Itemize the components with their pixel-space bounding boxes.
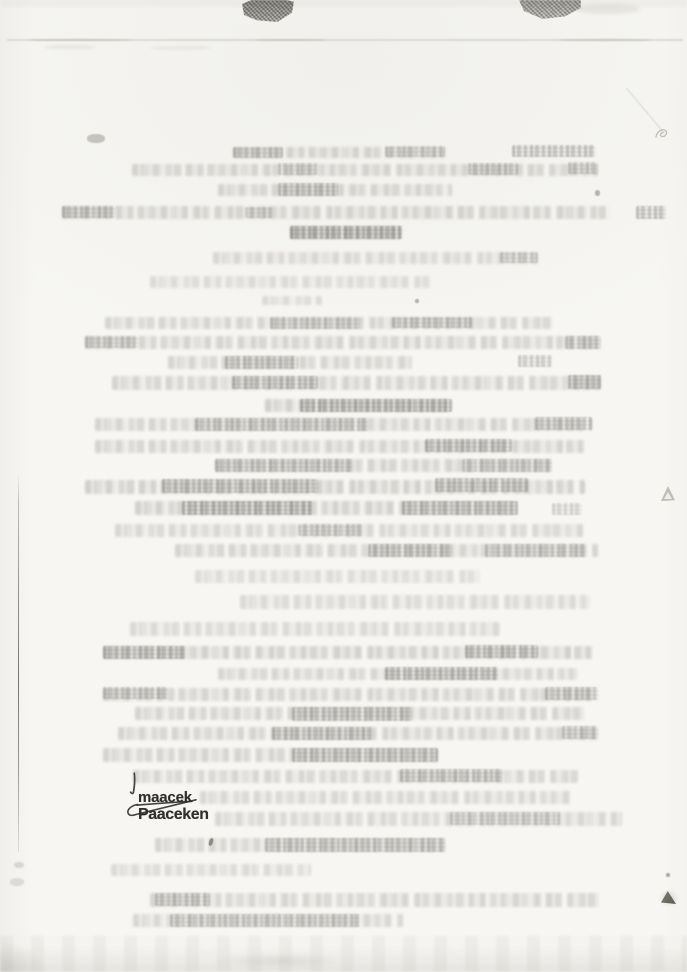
bleedthrough-text-cluster (292, 707, 412, 721)
bleedthrough-text-cluster (162, 479, 318, 493)
bleedthrough-text-cluster (103, 687, 168, 699)
bleedthrough-text-line (240, 595, 590, 609)
bleedthrough-text-cluster (450, 812, 560, 825)
ink-smudge-tail (576, 4, 640, 14)
bleedthrough-text-cluster (462, 459, 552, 472)
bleedthrough-text-line (111, 864, 311, 876)
bleedthrough-text-line (150, 276, 430, 288)
ink-smudge-top-left (242, 0, 294, 22)
squiggle-mark-icon (654, 127, 670, 141)
ink-smudge-top-right (519, 0, 581, 19)
paper-speck (45, 45, 95, 49)
bleedthrough-text-cluster (385, 146, 445, 157)
paper-speck (150, 46, 210, 50)
scanned-document-page: maacek Paaceken (0, 0, 687, 972)
paper-speck (30, 39, 130, 41)
handwritten-word-1: maacek (138, 790, 192, 805)
bleedthrough-text-cluster (500, 252, 538, 263)
paper-speck (415, 299, 419, 303)
bleedthrough-text-line (103, 688, 598, 701)
bleedthrough-text-cluster (518, 355, 552, 367)
bleedthrough-text-cluster (232, 376, 318, 389)
bleedthrough-text-cluster (245, 207, 272, 218)
paper-speck (560, 39, 650, 41)
bleedthrough-text-cluster (568, 162, 598, 174)
bleedthrough-text-cluster (265, 838, 445, 852)
bleedthrough-text-cluster (565, 336, 601, 349)
bleedthrough-text-line (215, 812, 622, 826)
bleedthrough-text-cluster (465, 645, 538, 658)
bleedthrough-text-cluster (402, 501, 518, 515)
paper-speck (666, 873, 670, 877)
bleedthrough-text-cluster (155, 893, 210, 906)
handwritten-word-2: Paaceken (138, 806, 209, 823)
bleedthrough-text-cluster (485, 544, 585, 557)
pen-tick-stroke (131, 773, 135, 793)
bottom-left-corner-shadow (0, 928, 84, 972)
bleedthrough-text-cluster (636, 206, 666, 219)
bleedthrough-text-line (62, 206, 610, 219)
bleedthrough-text-line (213, 252, 538, 264)
bleedthrough-text-cluster (85, 336, 138, 348)
paper-speck (255, 39, 325, 41)
bleedthrough-text-cluster (552, 503, 582, 515)
bleedthrough-text-cluster (270, 317, 360, 329)
bleedthrough-text-cluster (468, 163, 518, 175)
bleedthrough-text-line (150, 893, 600, 907)
bleedthrough-text-cluster (195, 418, 368, 431)
paper-speck (14, 862, 24, 868)
bleedthrough-text-cluster (300, 399, 452, 412)
bleedthrough-text-line (112, 376, 601, 390)
paper-speck (595, 190, 600, 196)
bleedthrough-text-cluster (272, 727, 372, 740)
bleedthrough-text-cluster (512, 145, 595, 157)
bleedthrough-text-cluster (400, 769, 502, 782)
bleedthrough-text-cluster (233, 147, 283, 158)
paper-speck (87, 134, 105, 143)
bleedthrough-text-cluster (182, 501, 312, 515)
bleedthrough-text-line (85, 336, 601, 349)
bleedthrough-text-cluster (278, 183, 338, 196)
bleedthrough-text-cluster (545, 687, 598, 700)
bleedthrough-text-line (195, 570, 480, 583)
pencil-line-left-margin (18, 473, 19, 852)
bleedthrough-text-line (262, 296, 322, 305)
bleedthrough-text-cluster (62, 206, 115, 218)
bleedthrough-text-cluster (435, 478, 528, 492)
bleedthrough-text-line (130, 622, 500, 636)
bleedthrough-text-cluster (278, 163, 318, 175)
bleedthrough-text-cluster (535, 417, 592, 430)
bleedthrough-text-cluster (562, 726, 598, 739)
bleedthrough-text-cluster (215, 459, 352, 472)
bleedthrough-text-cluster (225, 356, 298, 369)
bleedthrough-text-cluster (425, 439, 512, 452)
bleedthrough-text-cluster (103, 646, 185, 659)
bleedthrough-text-cluster (290, 226, 402, 239)
bleedthrough-text-line (200, 791, 570, 804)
bleedthrough-text-cluster (292, 748, 438, 762)
bleedthrough-text-cluster (298, 524, 362, 536)
bottom-center-shadow (190, 950, 370, 972)
paper-speck (10, 878, 24, 886)
bleedthrough-text-line (132, 164, 598, 176)
bleedthrough-text-cluster (568, 375, 601, 389)
bleedthrough-text-cluster (385, 667, 498, 680)
bleedthrough-text-cluster (392, 317, 472, 328)
bleedthrough-text-cluster (368, 544, 452, 557)
bleedthrough-text-cluster (170, 914, 360, 927)
